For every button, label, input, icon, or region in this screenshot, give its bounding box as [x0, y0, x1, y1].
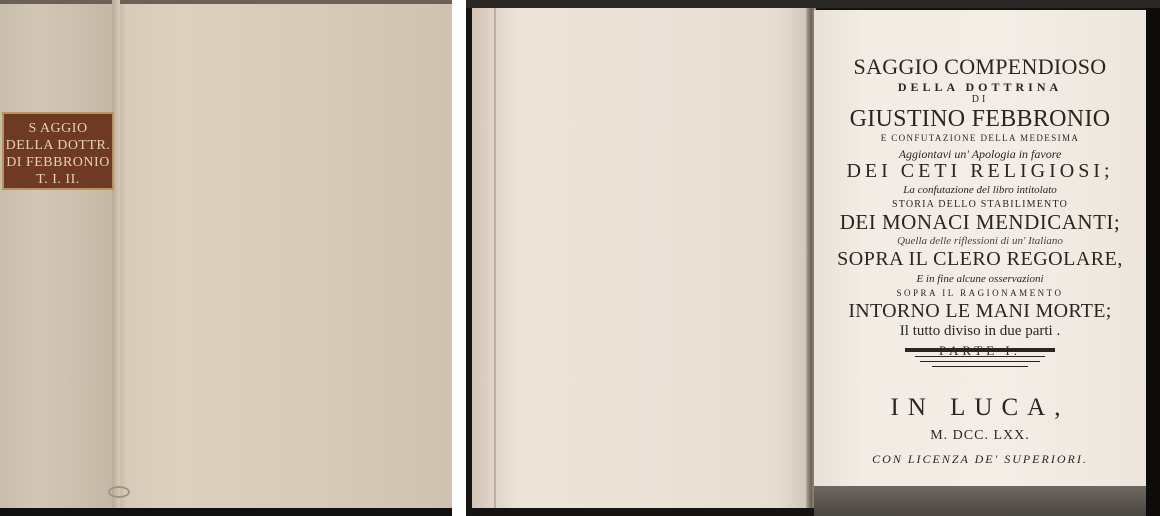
title-line: SOPRA IL RAGIONAMENTO	[814, 288, 1146, 298]
page-fold	[494, 8, 496, 508]
vellum-cover	[0, 0, 452, 508]
spine-label-line: S AGGIO	[4, 120, 112, 137]
spine-label: S AGGIO DELLA DOTTR. DI FEBBRONIO T. I. …	[2, 112, 114, 190]
imprint-place: IN LUCA,	[814, 394, 1146, 422]
title-line: DELLA DOTTRINA	[814, 80, 1146, 95]
photo-separator	[452, 0, 466, 516]
imprint-license: CON LICENZA DE' SUPERIORI.	[814, 452, 1146, 467]
title-line: DEI CETI RELIGIOSI;	[814, 160, 1146, 183]
book-cover-photo: S AGGIO DELLA DOTTR. DI FEBBRONIO T. I. …	[0, 0, 452, 516]
title-line: DEI MONACI MENDICANTI;	[814, 210, 1146, 235]
spine-label-line: DI FEBBRONIO	[4, 154, 112, 171]
imprint-year: M. DCC. LXX.	[814, 428, 1146, 444]
cover-top-edge	[0, 0, 452, 4]
cover-tie-mark	[108, 486, 130, 498]
title-line: E in fine alcune osservazioni	[814, 273, 1146, 285]
title-line: E CONFUTAZIONE DELLA MEDESIMA	[814, 133, 1146, 143]
title-line: Quella delle riflessioni di un' Italiano	[814, 235, 1146, 247]
left-blank-page	[472, 8, 812, 508]
spine-fold	[112, 0, 120, 508]
spine-label-line: T. I. II.	[4, 171, 112, 188]
background-right	[1146, 8, 1160, 516]
title-line: DI	[814, 94, 1146, 105]
title-line: SOPRA IL CLERO REGOLARE,	[814, 248, 1146, 271]
title-page: SAGGIO COMPENDIOSO DELLA DOTTRINA DI GIU…	[814, 10, 1146, 486]
title-page-photo: SAGGIO COMPENDIOSO DELLA DOTTRINA DI GIU…	[466, 0, 1160, 516]
title-line: SAGGIO COMPENDIOSO	[814, 54, 1146, 80]
background-top	[466, 0, 1160, 8]
ornament-rule	[814, 348, 1146, 367]
title-line: Il tutto diviso in due parti .	[814, 323, 1146, 340]
cover-bottom-shadow	[0, 508, 452, 516]
title-line: INTORNO LE MANI MORTE;	[814, 300, 1146, 323]
spine-label-line: DELLA DOTTR.	[4, 137, 112, 154]
author-line: GIUSTINO FEBBRONIO	[814, 106, 1146, 133]
page-bottom-shadow	[814, 486, 1148, 516]
title-line: STORIA DELLO STABILIMENTO	[814, 199, 1146, 210]
title-line: La confutazione del libro intitolato	[814, 184, 1146, 196]
